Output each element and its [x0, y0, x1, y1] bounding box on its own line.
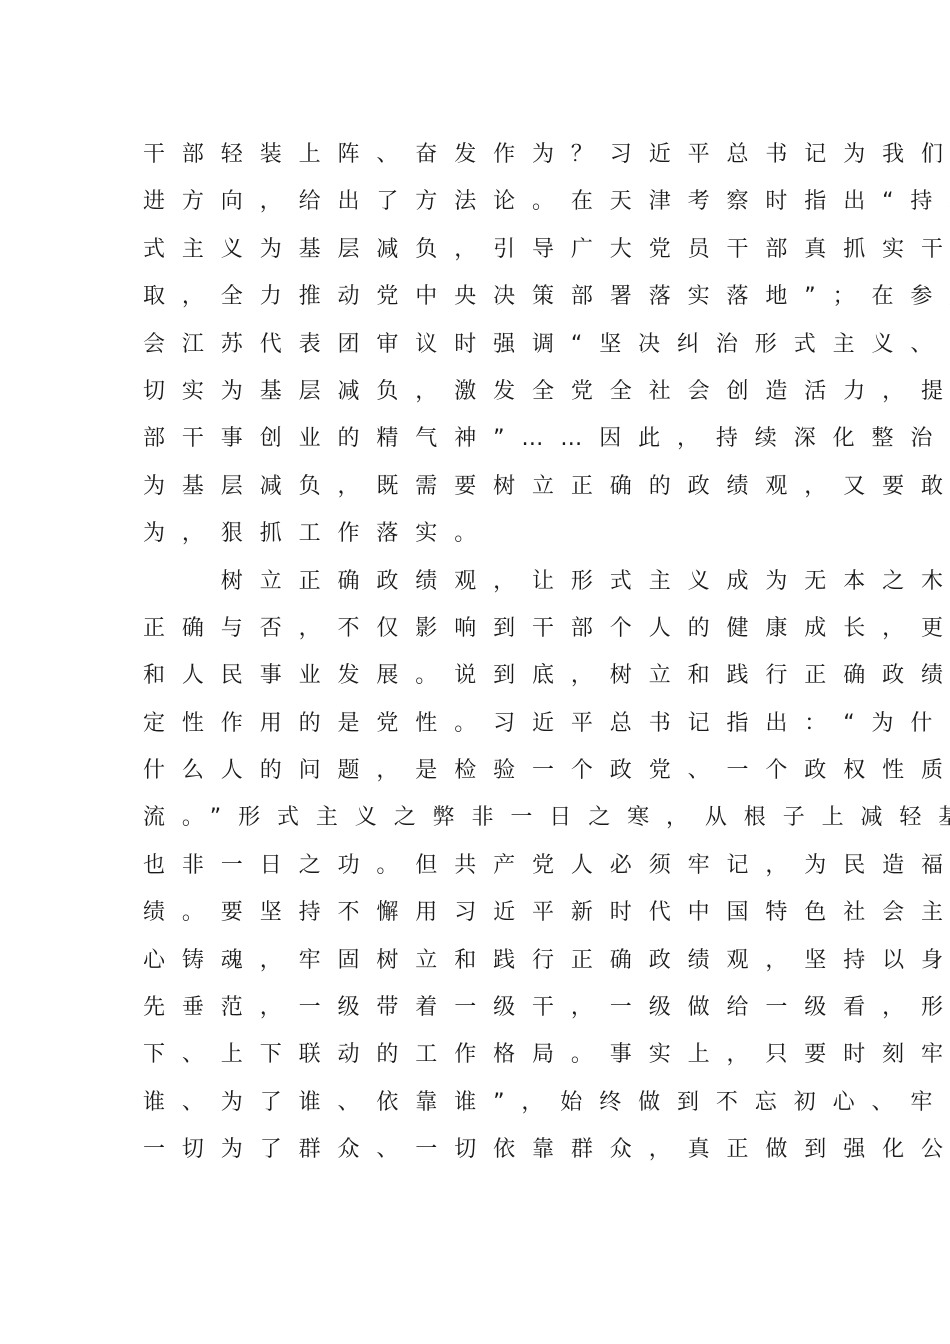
text-line: 部干事创业的精气神”……因此，持续深化整治形式主义 [143, 415, 823, 462]
text-line: 一切为了群众、一切依靠群众，真正做到强化公仆意识、 [143, 1126, 823, 1173]
text-line: 为，狠抓工作落实。 [143, 510, 823, 557]
text-line: 先垂范，一级带着一级干，一级做给一级看，形成以上率 [143, 984, 823, 1031]
text-line: 干部轻装上阵、奋发作为？习近平总书记为我们指明了前 [143, 131, 823, 178]
paragraph-1: 干部轻装上阵、奋发作为？习近平总书记为我们指明了前 进方向，给出了方法论。在天津… [143, 131, 823, 558]
document-page: 干部轻装上阵、奋发作为？习近平总书记为我们指明了前 进方向，给出了方法论。在天津… [0, 0, 950, 1344]
text-line: 流。”形式主义之弊非一日之寒，从根子上减轻基层负担 [143, 794, 823, 841]
text-line: 绩。要坚持不懈用习近平新时代中国特色社会主义思想凝 [143, 889, 823, 936]
text-line: 心铸魂，牢固树立和践行正确政绩观，坚持以身作则、率 [143, 937, 823, 984]
document-body: 干部轻装上阵、奋发作为？习近平总书记为我们指明了前 进方向，给出了方法论。在天津… [143, 131, 823, 1174]
text-line: 也非一日之功。但共产党人必须牢记，为民造福是最大政 [143, 842, 823, 889]
text-line: 取，全力推动党中央决策部署落实落地”；在参加全国两 [143, 273, 823, 320]
text-line: 正确与否，不仅影响到干部个人的健康成长，更关系到党 [143, 605, 823, 652]
text-line: 下、上下联动的工作格局。事实上，只要时刻牢记“我是 [143, 1031, 823, 1078]
text-line: 式主义为基层减负，引导广大党员干部真抓实干、开拓进 [143, 226, 823, 273]
text-line-indented: 树立正确政绩观，让形式主义成为无本之木。政绩观 [143, 558, 823, 605]
text-line: 和人民事业发展。说到底，树立和践行正确政绩观，起决 [143, 652, 823, 699]
text-line: 切实为基层减负，激发全党全社会创造活力，提振党员干 [143, 368, 823, 415]
text-line: 什么人的问题，是检验一个政党、一个政权性质的经验交 [143, 747, 823, 794]
text-line: 进方向，给出了方法论。在天津考察时指出“持续整治形 [143, 178, 823, 225]
text-line: 会江苏代表团审议时强调“坚决纠治形式主义、官僚主义 [143, 321, 823, 368]
paragraph-2: 树立正确政绩观，让形式主义成为无本之木。政绩观 正确与否，不仅影响到干部个人的健… [143, 558, 823, 1174]
text-line: 谁、为了谁、依靠谁”，始终做到不忘初心、牢记使命， [143, 1079, 823, 1126]
text-line: 定性作用的是党性。习近平总书记指出：“为什么人、靠 [143, 700, 823, 747]
text-line: 为基层减负，既需要树立正确的政绩观，又要敢于担当作 [143, 463, 823, 510]
